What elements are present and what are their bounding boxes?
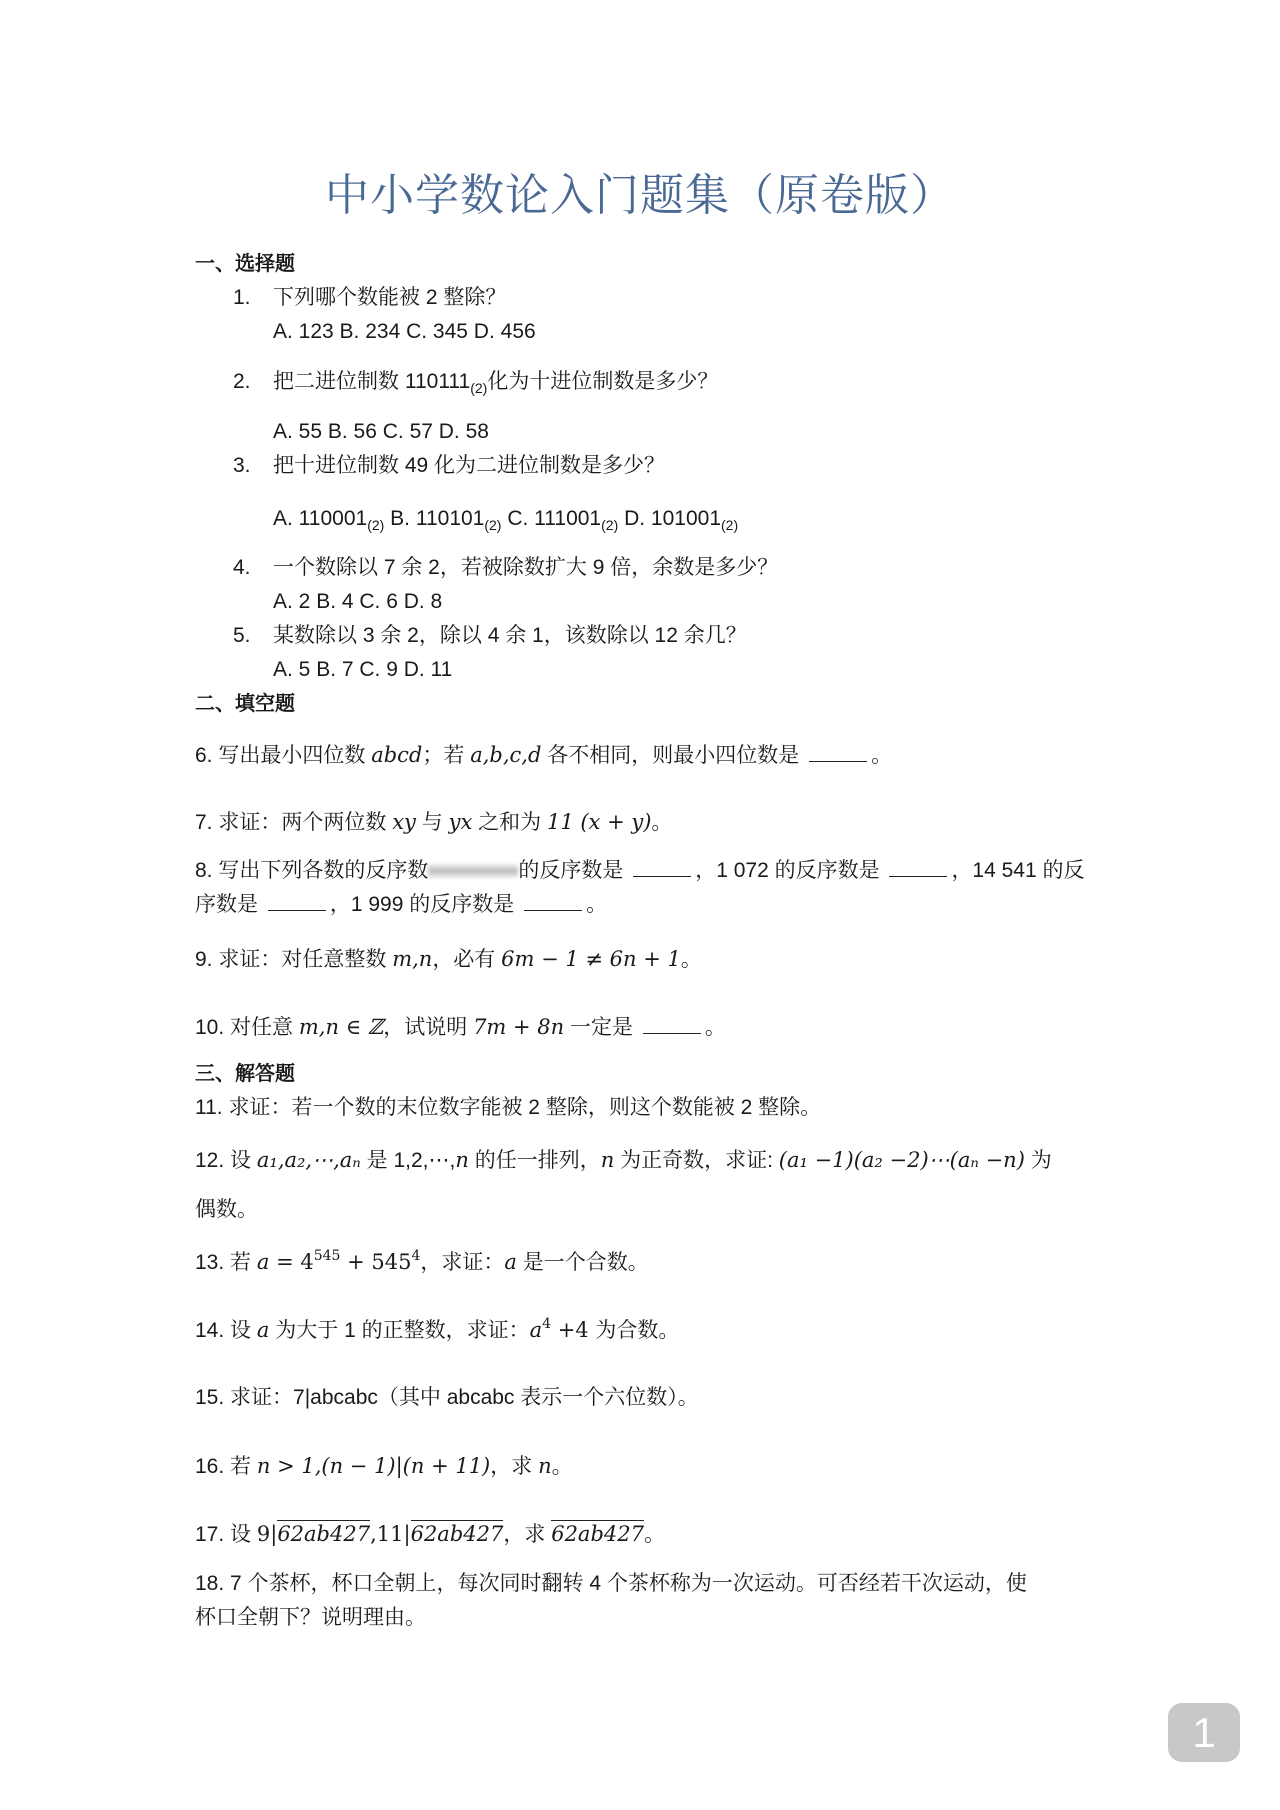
text: 一定是	[564, 1016, 639, 1039]
question-text-before: 把二进位制数 110111	[273, 370, 470, 393]
question-17: 17. 设 9|62ab427,11|62ab427，求 62ab427。	[195, 1520, 665, 1549]
answer-blank	[643, 1015, 701, 1034]
text: ，求	[503, 1523, 551, 1546]
math: a	[257, 1250, 270, 1274]
math: a	[504, 1250, 517, 1274]
math: 7m + 8n	[473, 1015, 564, 1039]
math: 11 (x + y)	[547, 810, 651, 834]
text: 之和为	[472, 811, 547, 834]
text: 是 1,2,⋯,	[361, 1149, 456, 1172]
math: n	[601, 1148, 615, 1172]
text: 14. 设	[195, 1319, 257, 1342]
base-subscript: (2)	[484, 517, 501, 533]
text: 的任一排列，	[469, 1149, 601, 1172]
math: n > 1,(n − 1)|(n + 11)	[257, 1454, 490, 1478]
question-number: 3.	[233, 452, 273, 480]
text: 10. 对任意	[195, 1016, 299, 1039]
math: ,11|	[370, 1522, 410, 1546]
text: ，求	[490, 1455, 538, 1478]
question-8-line-1: 8. 写出下列各数的反序数的反序数是 ，1 072 的反序数是 ，14 541 …	[195, 857, 1085, 885]
question-11: 11. 求证：若一个数的末位数字能被 2 整除，则这个数能被 2 整除。	[195, 1094, 821, 1122]
overlined-number: 62ab427	[551, 1520, 644, 1546]
math: yx	[449, 810, 473, 834]
math: m,n ∈ ℤ	[299, 1015, 383, 1039]
math: 6m − 1 ≠ 6n + 1	[501, 947, 681, 971]
text: 。	[586, 893, 607, 916]
question-number: 4.	[233, 554, 273, 582]
question-7: 7. 求证：两个两位数 xy 与 yx 之和为 11 (x + y)。	[195, 808, 672, 837]
math: = 4	[269, 1250, 313, 1274]
base-subscript: (2)	[721, 517, 738, 533]
exponent: 545	[314, 1248, 341, 1264]
text: 。	[644, 1523, 665, 1546]
text: 6. 写出最小四位数	[195, 744, 371, 767]
question-5: 5.某数除以 3 余 2，除以 4 余 1，该数除以 12 余几？	[233, 622, 747, 650]
question-12-line-1: 12. 设 a₁,a₂,⋯,aₙ 是 1,2,⋯,n 的任一排列，n 为正奇数，…	[195, 1146, 1052, 1175]
question-15: 15. 求证：7|abcabc（其中 abcabc 表示一个六位数）。	[195, 1384, 699, 1412]
question-text-after: 化为十进位制数是多少？	[487, 370, 718, 393]
math: 9|	[257, 1522, 277, 1546]
exponent: 4	[542, 1316, 551, 1332]
text: 。	[705, 1016, 726, 1039]
text: 的反序数是	[518, 859, 629, 882]
option-c: C. 111001	[501, 507, 601, 530]
page-number-badge[interactable]: 1	[1168, 1703, 1240, 1762]
text: 12. 设	[195, 1149, 257, 1172]
section-heading-answer: 三、解答题	[195, 1060, 295, 1088]
question-number: 1.	[233, 284, 273, 312]
text: 8. 写出下列各数的反序数	[195, 859, 428, 882]
question-4: 4.一个数除以 7 余 2，若被除数扩大 9 倍，余数是多少？	[233, 554, 778, 582]
question-18-line-1: 18. 7 个茶杯，杯口全朝上，每次同时翻转 4 个茶杯称为一次运动。可否经若干…	[195, 1570, 1027, 1598]
text: 17. 设	[195, 1523, 257, 1546]
math: xy	[392, 810, 416, 834]
answer-blank	[809, 743, 867, 762]
math: abcd	[371, 743, 422, 767]
math: a₁,a₂,⋯,aₙ	[257, 1148, 361, 1172]
section-heading-fill: 二、填空题	[195, 690, 295, 718]
question-text: 下列哪个数能被 2 整除？	[273, 286, 506, 309]
math: a	[530, 1318, 543, 1342]
text: 。	[552, 1455, 573, 1478]
overlined-number: 62ab427	[277, 1520, 370, 1546]
overlined-number: 62ab427	[411, 1520, 504, 1546]
answer-blank	[524, 892, 582, 911]
text: 。	[681, 948, 702, 971]
option-b: B. 110101	[384, 507, 484, 530]
question-5-options: A. 5 B. 7 C. 9 D. 11	[273, 656, 452, 684]
text: 序数是	[195, 893, 264, 916]
question-1: 1.下列哪个数能被 2 整除？	[233, 284, 506, 312]
math: a,b,c,d	[470, 743, 541, 767]
text: 与	[416, 811, 449, 834]
question-3-options: A. 110001(2) B. 110101(2) C. 111001(2) D…	[273, 505, 738, 533]
text: 为	[1025, 1149, 1052, 1172]
question-text: 把十进位制数 49 化为二进位制数是多少？	[273, 454, 665, 477]
answer-blank	[889, 858, 947, 877]
question-14: 14. 设 a 为大于 1 的正整数，求证：a4 +4 为合数。	[195, 1316, 679, 1345]
question-16: 16. 若 n > 1,(n − 1)|(n + 11)，求 n。	[195, 1452, 573, 1481]
text: +4 为合数。	[551, 1318, 679, 1342]
answer-blank	[633, 858, 691, 877]
document-page: 中小学数论入门题集（原卷版） 一、选择题 1.下列哪个数能被 2 整除？ A. …	[0, 0, 1280, 1810]
text: 。	[871, 744, 892, 767]
text: ，1 999 的反序数是	[330, 893, 520, 916]
question-1-options: A. 123 B. 234 C. 345 D. 456	[273, 318, 536, 346]
option-a: A. 110001	[273, 507, 367, 530]
option-d: D. 101001	[618, 507, 721, 530]
math: (a₁ −1)(a₂ −2)⋯(aₙ −n)	[779, 1148, 1025, 1172]
text: ，求证：	[420, 1251, 504, 1274]
question-text: 某数除以 3 余 2，除以 4 余 1，该数除以 12 余几？	[273, 624, 747, 647]
base-subscript: (2)	[470, 380, 487, 396]
question-number: 5.	[233, 622, 273, 650]
base-subscript: (2)	[367, 517, 384, 533]
question-2-options: A. 55 B. 56 C. 57 D. 58	[273, 418, 489, 446]
text: ，必有	[432, 948, 501, 971]
question-9: 9. 求证：对任意整数 m,n，必有 6m − 1 ≠ 6n + 1。	[195, 945, 702, 974]
math: n	[538, 1454, 552, 1478]
question-18-line-2: 杯口全朝下？说明理由。	[195, 1604, 426, 1632]
math: n	[455, 1148, 469, 1172]
math: a	[257, 1318, 270, 1342]
question-4-options: A. 2 B. 4 C. 6 D. 8	[273, 588, 442, 616]
question-2: 2.把二进位制数 110111(2)化为十进位制数是多少？	[233, 368, 718, 396]
text: ，试说明	[383, 1016, 473, 1039]
text: 13. 若	[195, 1251, 257, 1274]
answer-blank	[268, 892, 326, 911]
question-6: 6. 写出最小四位数 abcd；若 a,b,c,d 各不相同，则最小四位数是 。	[195, 741, 892, 770]
math: m,n	[392, 947, 432, 971]
question-text: 一个数除以 7 余 2，若被除数扩大 9 倍，余数是多少？	[273, 556, 778, 579]
text: 是一个合数。	[517, 1251, 649, 1274]
text: 各不相同，则最小四位数是	[541, 744, 805, 767]
question-13: 13. 若 a = 4545 + 5454，求证：a 是一个合数。	[195, 1248, 649, 1277]
redacted-region	[428, 864, 518, 878]
question-12-line-2: 偶数。	[195, 1196, 258, 1224]
text: 16. 若	[195, 1455, 257, 1478]
document-title: 中小学数论入门题集（原卷版）	[0, 170, 1280, 222]
question-3: 3.把十进位制数 49 化为二进位制数是多少？	[233, 452, 665, 480]
text: ；若	[422, 744, 470, 767]
text: 9. 求证：对任意整数	[195, 948, 392, 971]
base-subscript: (2)	[601, 517, 618, 533]
question-10: 10. 对任意 m,n ∈ ℤ，试说明 7m + 8n 一定是 。	[195, 1013, 726, 1042]
question-8-line-2: 序数是 ，1 999 的反序数是 。	[195, 891, 607, 919]
text: ，1 072 的反序数是	[695, 859, 885, 882]
section-heading-choice: 一、选择题	[195, 250, 295, 278]
text: ，14 541 的反	[951, 859, 1084, 882]
question-number: 2.	[233, 368, 273, 396]
math: + 545	[340, 1250, 411, 1274]
text: 。	[651, 811, 672, 834]
text: 为大于 1 的正整数，求证：	[269, 1319, 529, 1342]
text: 为正奇数，求证:	[614, 1149, 779, 1172]
text: 7. 求证：两个两位数	[195, 811, 392, 834]
